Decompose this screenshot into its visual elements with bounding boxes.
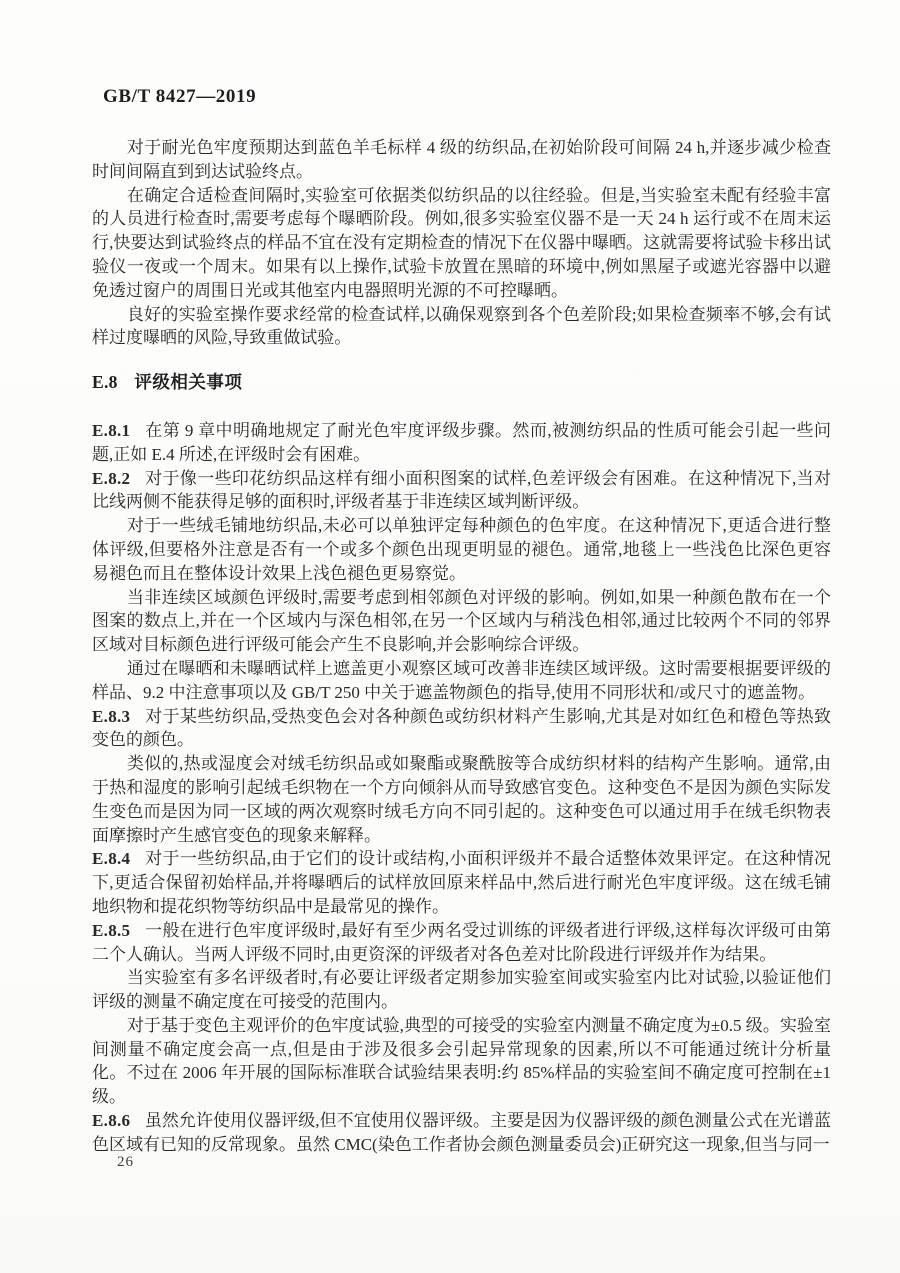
- paragraph-text: 良好的实验室操作要求经常的检查试样,以确保观察到各个色差阶段;如果检查频率不够,…: [92, 305, 831, 348]
- body-paragraph: 通过在曝晒和未曝晒试样上遮盖更小观察区域可改善非连续区域评级。这时需要根据要评级…: [92, 657, 831, 705]
- clause-paragraph: E.8.4对于一些纺织品,由于它们的设计或结构,小面积评级并不最合适整体效果评定…: [92, 847, 831, 918]
- clause-text: 对于某些纺织品,受热变色会对各种颜色或纺织材料产生影响,尤其是对如红色和橙色等热…: [92, 707, 831, 750]
- body-paragraph: 对于基于变色主观评价的色牢度试验,典型的可接受的实验室内测量不确定度为±0.5 …: [92, 1014, 831, 1109]
- paragraph-text: 对于耐光色牢度预期达到蓝色羊毛标样 4 级的纺织品,在初始阶段可间隔 24 h,…: [92, 138, 831, 181]
- clause-paragraph: E.8.2对于像一些印花纺织品这样有细小面积图案的试样,色差评级会有困难。在这种…: [92, 467, 831, 515]
- standard-number: GB/T 8427—2019: [103, 86, 256, 108]
- body-paragraph: 对于一些绒毛铺地纺织品,未必可以单独评定每种颜色的色牢度。在这种情况下,更适合进…: [92, 514, 831, 585]
- paragraph-text: 通过在曝晒和未曝晒试样上遮盖更小观察区域可改善非连续区域评级。这时需要根据要评级…: [92, 659, 831, 702]
- clause-number: E.8.1: [92, 421, 130, 440]
- clause-paragraph: E.8.3对于某些纺织品,受热变色会对各种颜色或纺织材料产生影响,尤其是对如红色…: [92, 705, 831, 753]
- paragraph-text: 当实验室有多名评级者时,有必要让评级者定期参加实验室间或实验室内比对试验,以验证…: [92, 968, 831, 1011]
- section-title: 评级相关事项: [134, 372, 242, 392]
- clause-number: E.8.2: [92, 469, 130, 488]
- document-page: GB/T 8427—2019 对于耐光色牢度预期达到蓝色羊毛标样 4 级的纺织品…: [0, 0, 900, 1273]
- clause-paragraph: E.8.1在第 9 章中明确地规定了耐光色牢度评级步骤。然而,被测纺织品的性质可…: [92, 419, 831, 467]
- paragraph-text: 在确定合适检查间隔时,实验室可依据类似纺织品的以往经验。但是,当实验室未配有经验…: [92, 186, 831, 300]
- paragraph-text: 类似的,热或湿度会对绒毛纺织品或如聚酯或聚酰胺等合成纺织材料的结构产生影响。通常…: [92, 754, 831, 844]
- paragraph-text: 对于一些绒毛铺地纺织品,未必可以单独评定每种颜色的色牢度。在这种情况下,更适合进…: [92, 516, 831, 583]
- clause-text: 在第 9 章中明确地规定了耐光色牢度评级步骤。然而,被测纺织品的性质可能会引起一…: [92, 421, 831, 464]
- body-paragraph: 对于耐光色牢度预期达到蓝色羊毛标样 4 级的纺织品,在初始阶段可间隔 24 h,…: [92, 136, 831, 184]
- section-number: E.8: [92, 372, 118, 392]
- clause-text: 对于一些纺织品,由于它们的设计或结构,小面积评级并不最合适整体效果评定。在这种情…: [92, 849, 831, 916]
- clause-paragraph: E.8.5一般在进行色牢度评级时,最好有至少两名受过训练的评级者进行评级,这样每…: [92, 919, 831, 967]
- body-paragraph: 当实验室有多名评级者时,有必要让评级者定期参加实验室间或实验室内比对试验,以验证…: [92, 966, 831, 1014]
- paragraph-text: 当非连续区域颜色评级时,需要考虑到相邻颜色对评级的影响。例如,如果一种颜色散布在…: [92, 588, 831, 655]
- clause-number: E.8.4: [92, 849, 130, 868]
- page-number: 26: [117, 1154, 134, 1171]
- clause-text: 虽然允许使用仪器评级,但不宜使用仪器评级。主要是因为仪器评级的颜色测量公式在光谱…: [92, 1111, 831, 1154]
- clause-number: E.8.5: [92, 921, 130, 940]
- body-paragraph: 良好的实验室操作要求经常的检查试样,以确保观察到各个色差阶段;如果检查频率不够,…: [92, 303, 831, 351]
- paragraph-text: 对于基于变色主观评价的色牢度试验,典型的可接受的实验室内测量不确定度为±0.5 …: [92, 1016, 831, 1106]
- body-paragraph: 类似的,热或湿度会对绒毛纺织品或如聚酯或聚酰胺等合成纺织材料的结构产生影响。通常…: [92, 752, 831, 847]
- body-paragraph: 在确定合适检查间隔时,实验室可依据类似纺织品的以往经验。但是,当实验室未配有经验…: [92, 184, 831, 303]
- clause-number: E.8.3: [92, 707, 130, 726]
- document-body: 对于耐光色牢度预期达到蓝色羊毛标样 4 级的纺织品,在初始阶段可间隔 24 h,…: [92, 136, 831, 1157]
- clause-text: 一般在进行色牢度评级时,最好有至少两名受过训练的评级者进行评级,这样每次评级可由…: [92, 921, 831, 964]
- clause-number: E.8.6: [92, 1111, 130, 1130]
- body-paragraph: 当非连续区域颜色评级时,需要考虑到相邻颜色对评级的影响。例如,如果一种颜色散布在…: [92, 586, 831, 657]
- clause-paragraph: E.8.6虽然允许使用仪器评级,但不宜使用仪器评级。主要是因为仪器评级的颜色测量…: [92, 1109, 831, 1157]
- clause-text: 对于像一些印花纺织品这样有细小面积图案的试样,色差评级会有困难。在这种情况下,当…: [92, 469, 831, 512]
- section-heading: E.8评级相关事项: [92, 371, 831, 395]
